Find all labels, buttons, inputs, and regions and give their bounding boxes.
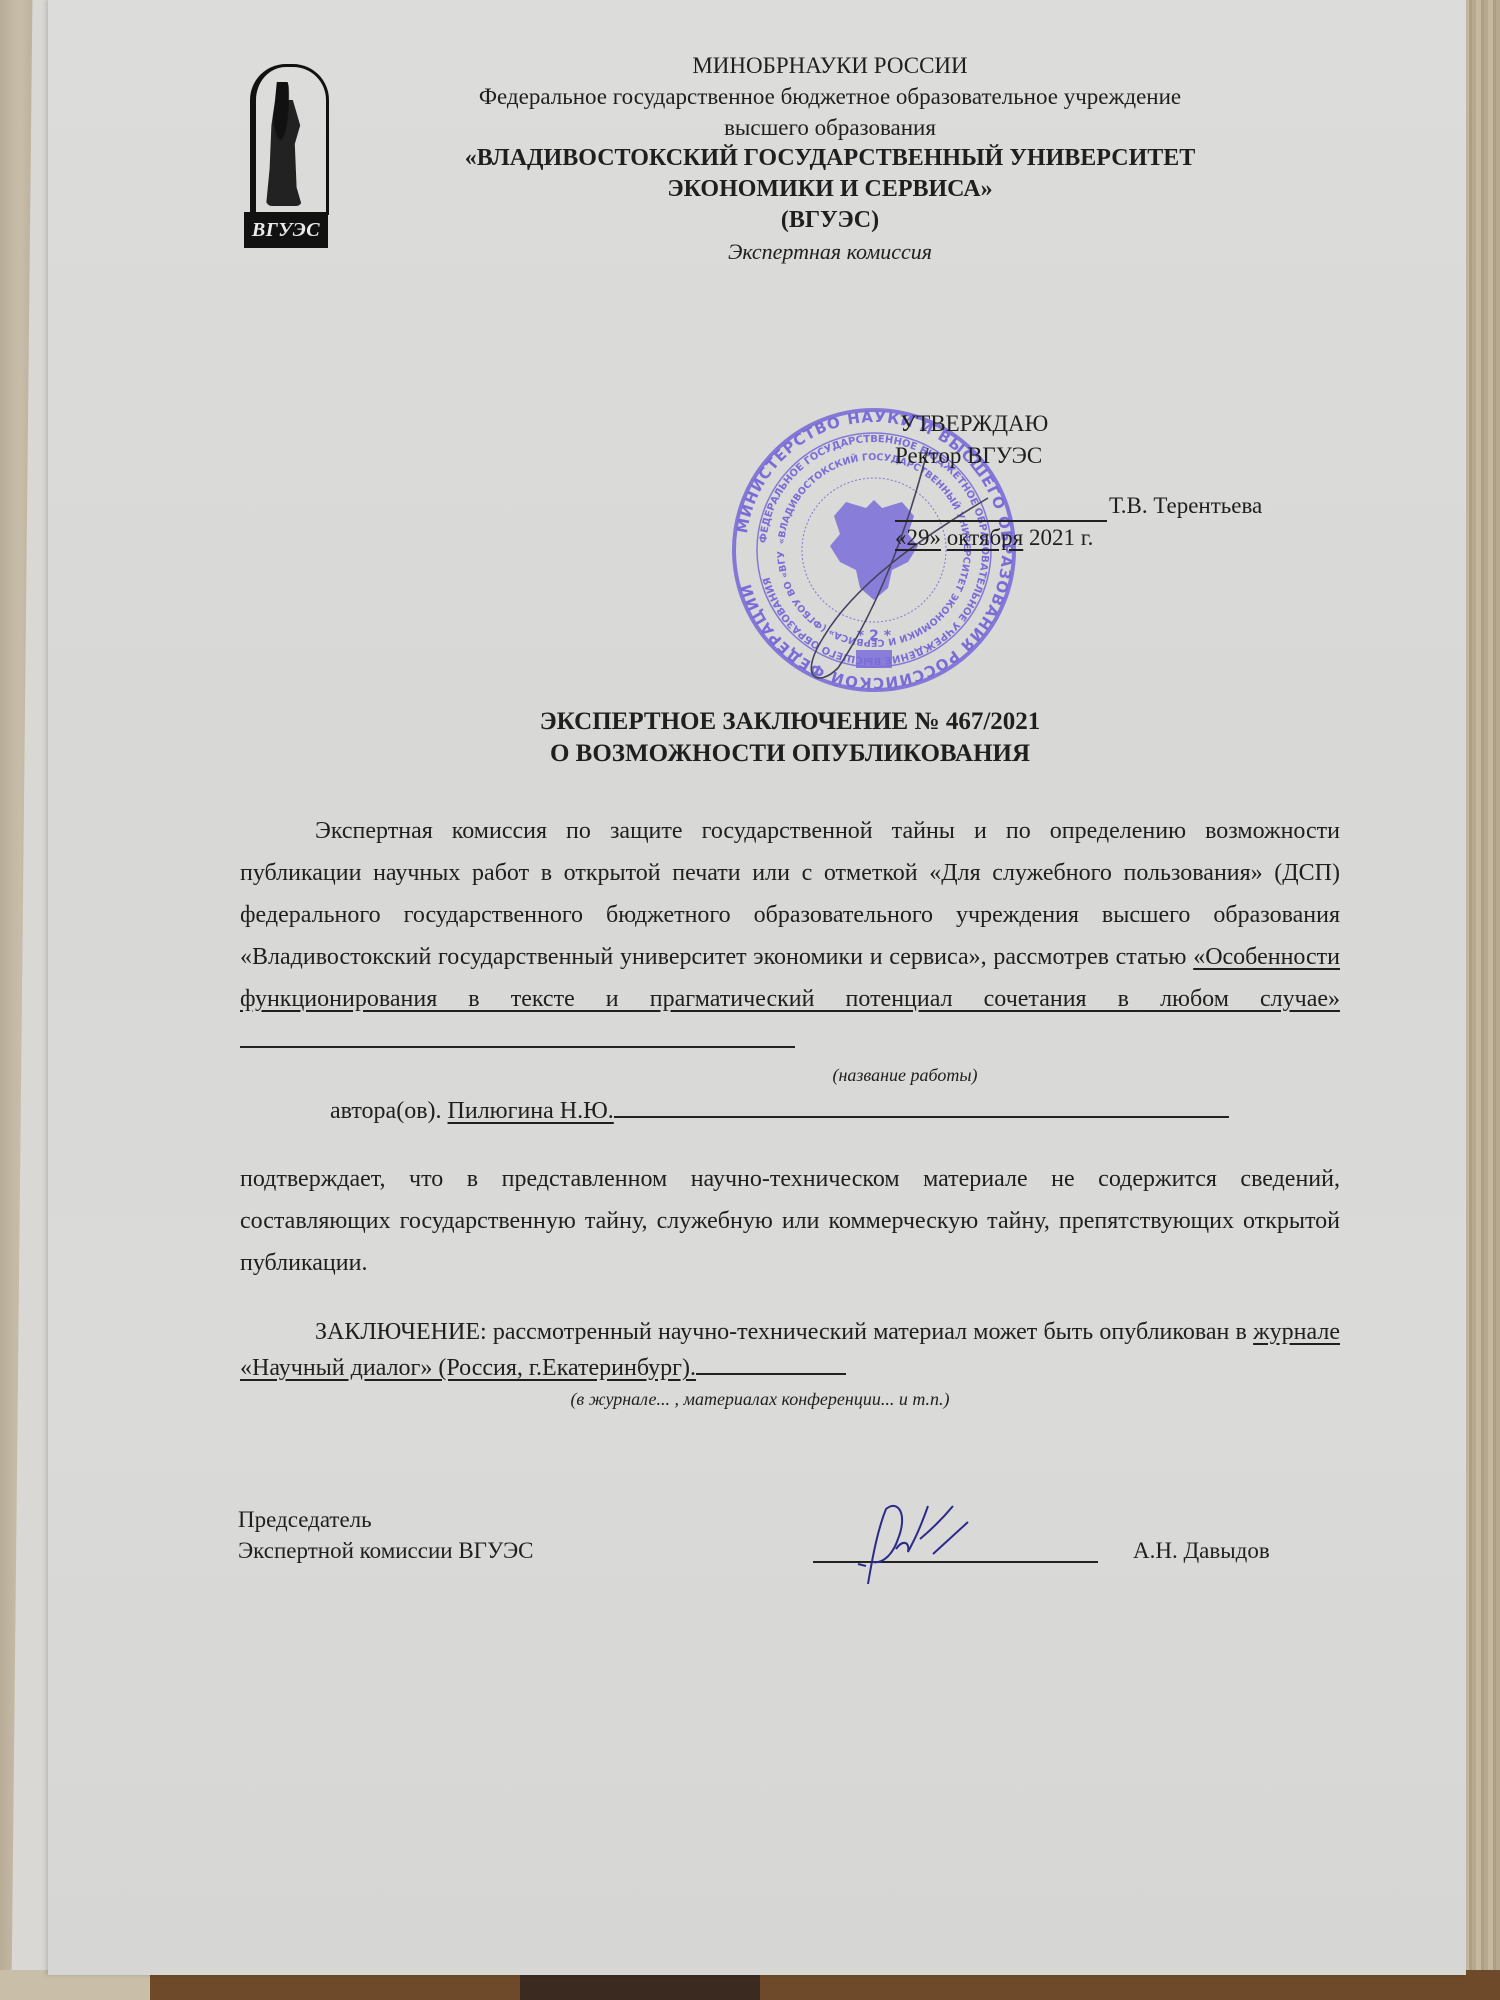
date-year: 2021 г. bbox=[1029, 525, 1093, 550]
approver-signature-line: Т.В. Терентьева bbox=[895, 490, 1315, 522]
work-title-caption: (название работы) bbox=[470, 1062, 1340, 1088]
document-body: Экспертная комиссия по защите государств… bbox=[240, 810, 1340, 1412]
intro-paragraph: Экспертная комиссия по защите государств… bbox=[240, 810, 1340, 1062]
department-name: Экспертная комиссия bbox=[380, 236, 1280, 267]
author-name: Пилюгина Н.Ю. bbox=[448, 1098, 614, 1124]
title-line1: ЭКСПЕРТНОЕ ЗАКЛЮЧЕНИЕ № 467/2021 bbox=[240, 706, 1340, 738]
document-title: ЭКСПЕРТНОЕ ЗАКЛЮЧЕНИЕ № 467/2021 О ВОЗМО… bbox=[240, 706, 1340, 770]
handwritten-signature bbox=[838, 1494, 988, 1594]
svg-text:* 2 *: * 2 * bbox=[857, 628, 892, 644]
date-month: октября bbox=[947, 525, 1023, 550]
chair-title-line2: Экспертной комиссии ВГУЭС bbox=[238, 1535, 534, 1566]
table-surface-right bbox=[1460, 0, 1500, 2000]
signature-blank bbox=[895, 500, 1107, 522]
university-name-line2: ЭКОНОМИКИ И СЕРВИСА» bbox=[380, 174, 1280, 205]
ministry-name: МИНОБРНАУКИ РОССИИ bbox=[380, 50, 1280, 81]
date-day: «29» bbox=[895, 525, 941, 550]
approval-date: «29» октября 2021 г. bbox=[895, 522, 1315, 554]
author-fill-line bbox=[614, 1094, 1229, 1118]
institution-type-line2: высшего образования bbox=[380, 112, 1280, 143]
approver-position: Ректор ВГУЭС bbox=[895, 440, 1315, 472]
conclusion-paragraph: ЗАКЛЮЧЕНИЕ: рассмотренный научно-техниче… bbox=[240, 1314, 1340, 1386]
chair-title: Председатель Экспертной комиссии ВГУЭС bbox=[238, 1504, 534, 1566]
title-fill-line bbox=[240, 1024, 795, 1048]
approval-block: УТВЕРЖДАЮ Ректор ВГУЭС Т.В. Терентьева «… bbox=[895, 408, 1315, 554]
author-label: автора(ов). bbox=[330, 1098, 442, 1124]
approver-name: Т.В. Терентьева bbox=[1109, 490, 1262, 522]
confirmation-paragraph: подтверждает, что в представленном научн… bbox=[240, 1158, 1340, 1284]
university-abbreviation: (ВГУЭС) bbox=[380, 205, 1280, 236]
chair-name: А.Н. Давыдов bbox=[1133, 1535, 1270, 1566]
publication-caption: (в журнале... , материалах конференции..… bbox=[180, 1386, 1340, 1412]
intro-text: Экспертная комиссия по защите государств… bbox=[240, 818, 1340, 970]
conclusion-text: рассмотренный научно-технический материа… bbox=[493, 1319, 1247, 1345]
university-logo: ВГУЭС bbox=[244, 64, 328, 248]
publication-fill-line bbox=[696, 1351, 846, 1375]
author-line: автора(ов). Пилюгина Н.Ю. bbox=[240, 1090, 1340, 1132]
university-name-line1: «ВЛАДИВОСТОКСКИЙ ГОСУДАРСТВЕННЫЙ УНИВЕРС… bbox=[380, 143, 1280, 174]
institution-type-line1: Федеральное государственное бюджетное об… bbox=[380, 81, 1280, 112]
letterhead: МИНОБРНАУКИ РОССИИ Федеральное государст… bbox=[380, 50, 1280, 267]
conclusion-label: ЗАКЛЮЧЕНИЕ: bbox=[315, 1319, 487, 1345]
chair-title-line1: Председатель bbox=[238, 1504, 534, 1535]
title-line2: О ВОЗМОЖНОСТИ ОПУБЛИКОВАНИЯ bbox=[240, 738, 1340, 770]
approve-label: УТВЕРЖДАЮ bbox=[895, 408, 1315, 440]
logo-text: ВГУЭС bbox=[244, 212, 328, 248]
